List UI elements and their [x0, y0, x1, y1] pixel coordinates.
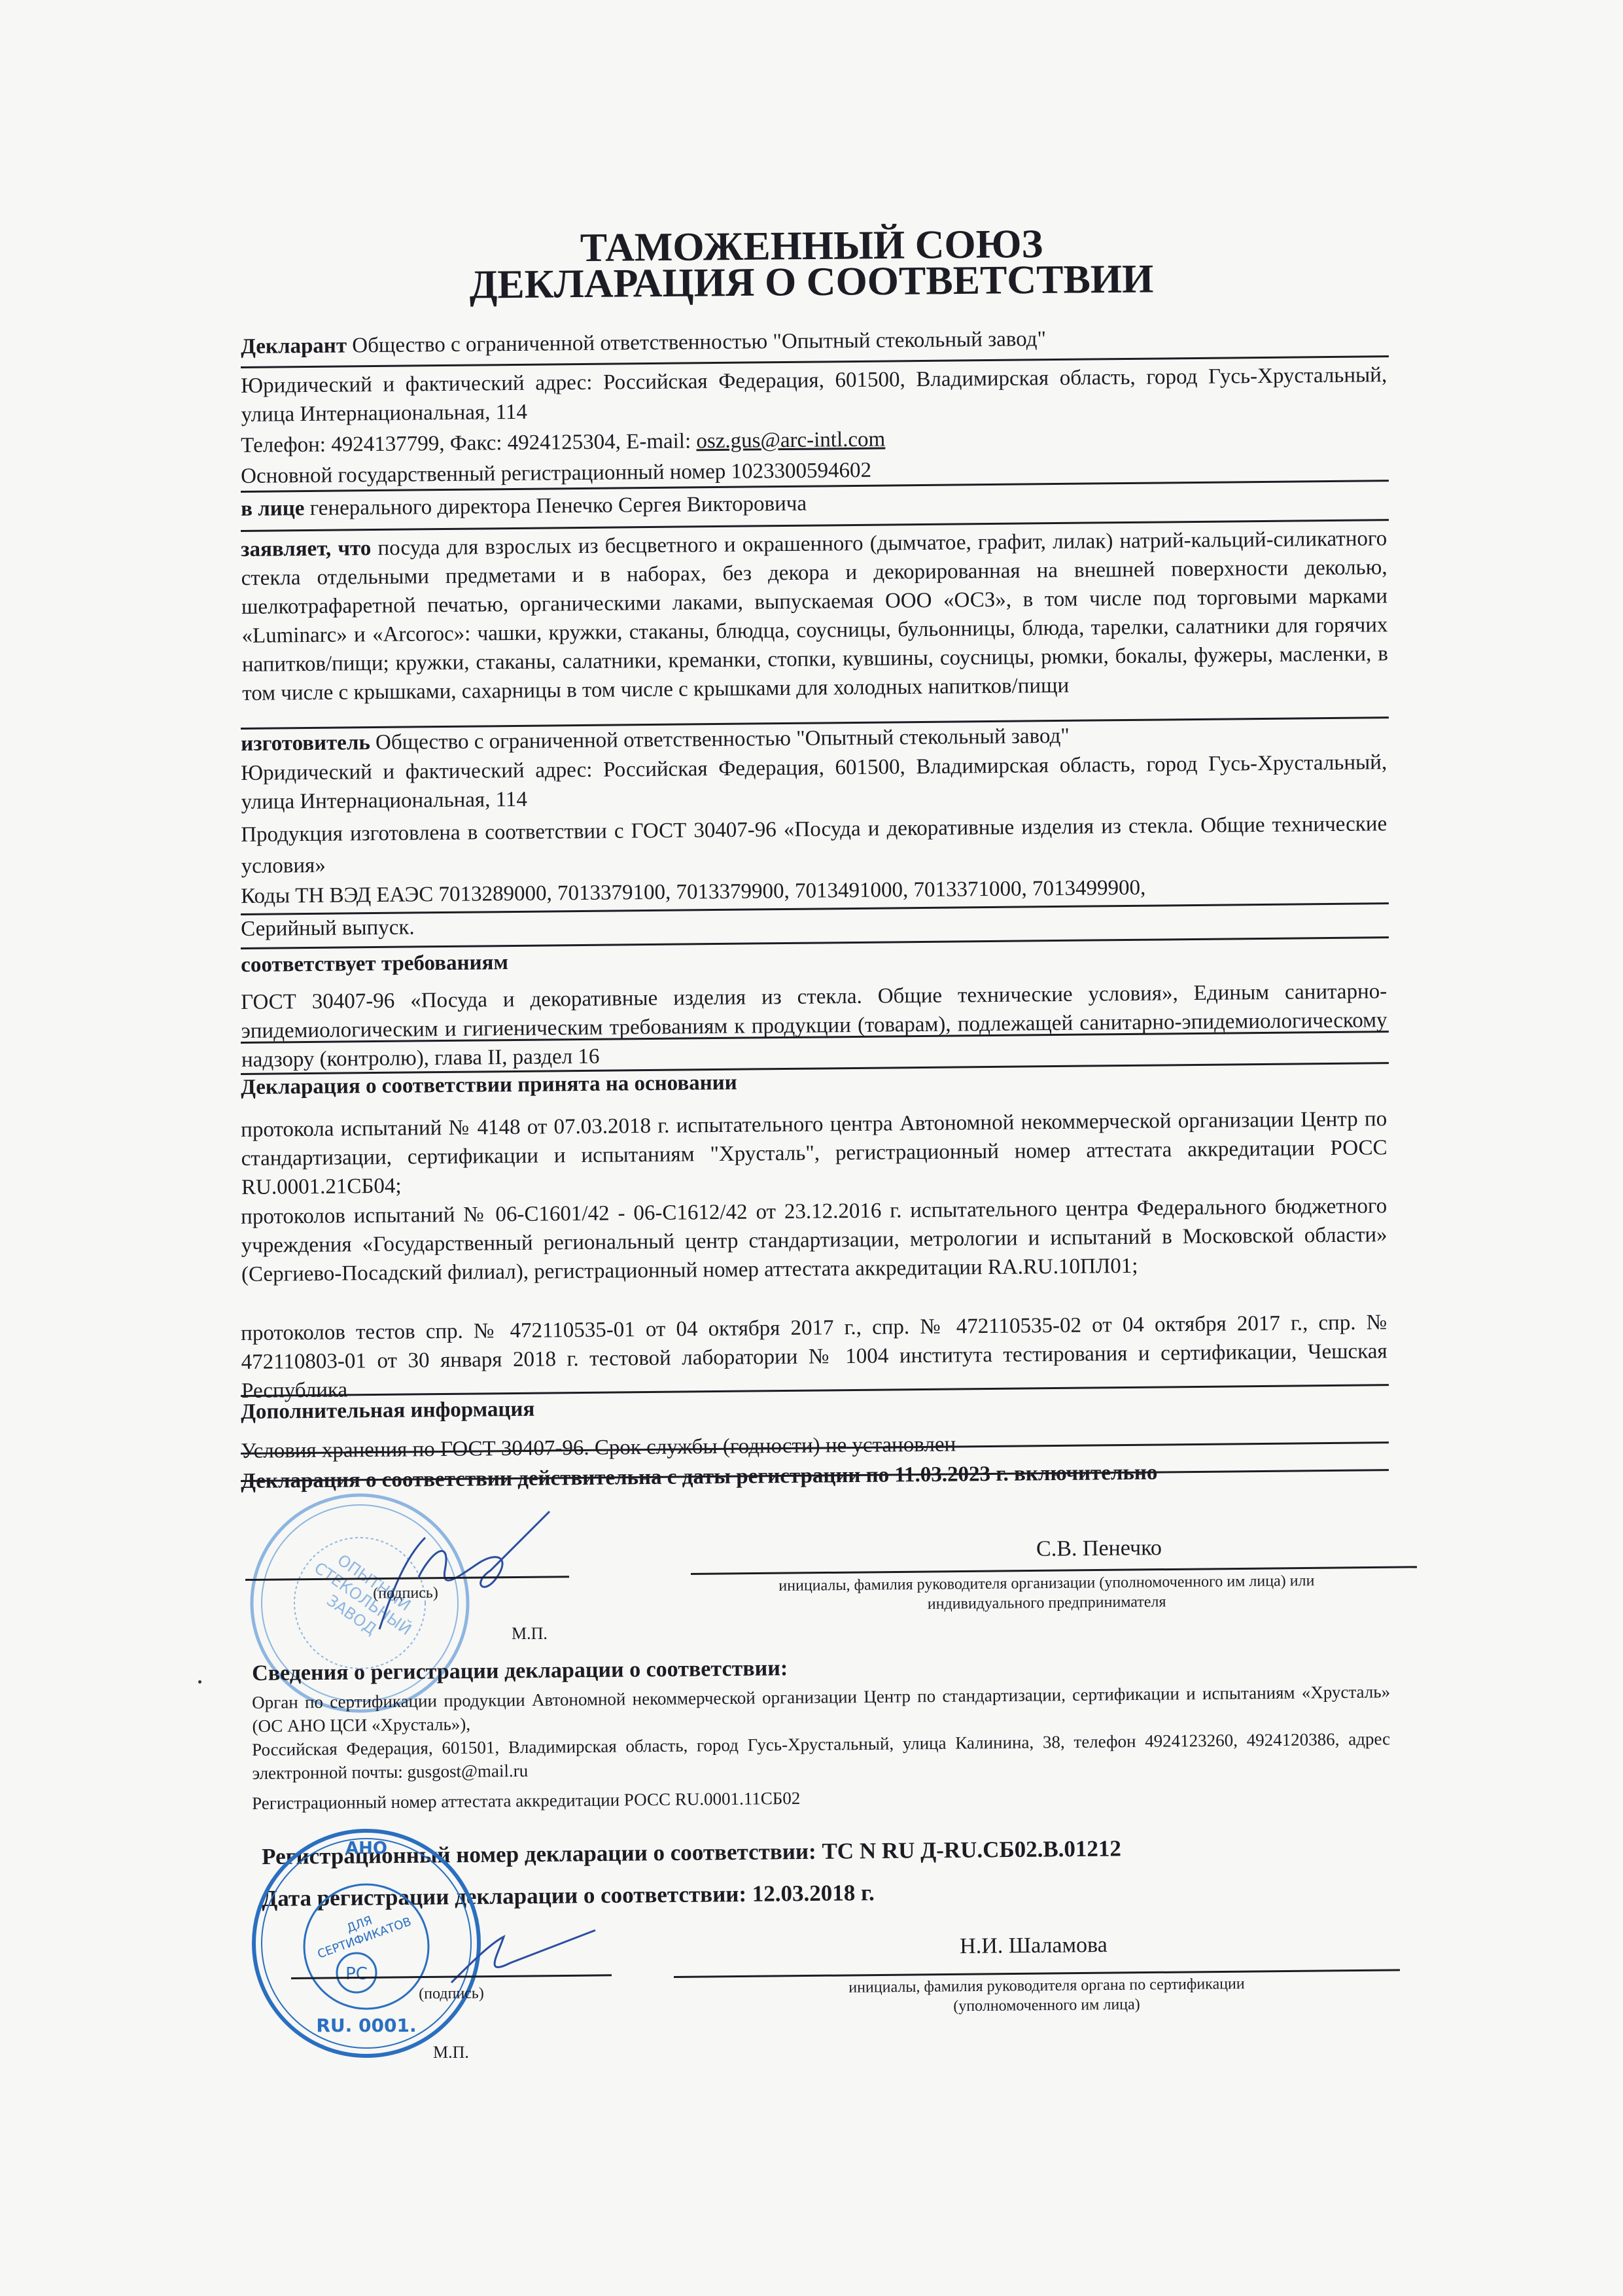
contacts-text: Телефон: 4924137799, Факс: 4924125304, E… [241, 429, 697, 457]
email-link[interactable]: osz.gus@arc-intl.com [696, 428, 885, 453]
declarant-name: Общество с ограниченной ответственностью… [352, 327, 1046, 357]
svg-text:ОПЫТНЫЙ: ОПЫТНЫЙ [334, 1550, 415, 1614]
statement: заявляет, что посуда для взрослых из бес… [241, 524, 1388, 708]
represented-label: в лице [241, 497, 305, 521]
statement-label: заявляет, что [241, 537, 371, 561]
declarant-seal-label: М.П. [512, 1624, 548, 1644]
certifier-signature-icon [445, 1924, 602, 1989]
registration-heading: Сведения о регистрации декларации о соот… [252, 1651, 1390, 1686]
registration-body-3: Регистрационный номер аттестата аккредит… [252, 1780, 1390, 1815]
declarant-address: Юридический и фактический адрес: Российс… [241, 361, 1387, 429]
manufacturer-label: изготовитель [241, 731, 370, 756]
svg-text:ДЛЯ: ДЛЯ [345, 1914, 374, 1935]
certifier-seal-label: М.П. [433, 2043, 469, 2062]
svg-text:RU. 0001.: RU. 0001. [316, 2015, 416, 2036]
statement-text: посуда для взрослых из бесцветного и окр… [241, 527, 1388, 705]
declarant-signer-name: С.В. Пенечко [903, 1534, 1295, 1563]
declarant-label: Декларант [241, 334, 347, 359]
compliance-text: ГОСТ 30407-96 «Посуда и декоративные изд… [241, 977, 1387, 1074]
declarant-signature-caption: (подпись) [340, 1583, 471, 1604]
manufacturer-address: Юридический и фактический адрес: Российс… [241, 748, 1387, 817]
declarant-signature-line [245, 1576, 569, 1581]
certifier-signature-line [291, 1974, 612, 1979]
declarant-line: Декларант Общество с ограниченной ответс… [241, 321, 1387, 361]
manufacturer-name: Общество с ограниченной ответственностью… [375, 724, 1070, 754]
declarant-name-caption: инициалы, фамилия руководителя организац… [720, 1570, 1374, 1616]
represented-by: генерального директора Пенечко Сергея Ви… [310, 492, 807, 520]
basis-protocol-2: протоколов испытаний № 06-С1601/42 - 06-… [241, 1192, 1387, 1289]
registration-body-2: Российская Федерация, 601501, Владимирск… [252, 1727, 1391, 1785]
certifier-signer-name: Н.И. Шаламова [837, 1932, 1230, 1960]
registration-date: Дата регистрации декларации о соответств… [262, 1880, 875, 1912]
manufacturer-standard: Продукция изготовлена в соответствии с Г… [241, 808, 1387, 882]
scan-speck [198, 1680, 201, 1684]
basis-protocol-1: протокола испытаний № 4148 от 07.03.2018… [241, 1104, 1387, 1202]
declarant-signature-icon [353, 1498, 563, 1636]
certifier-signature-caption: (подпись) [379, 1983, 523, 2004]
registration-number: Регистрационный номер декларации о соотв… [262, 1835, 1121, 1870]
svg-text:СЕРТИФИКАТОВ: СЕРТИФИКАТОВ [316, 1915, 413, 1961]
svg-text:РС: РС [345, 1964, 368, 1984]
declaration-page: ТАМОЖЕННЫЙ СОЮЗ ДЕКЛАРАЦИЯ О СООТВЕТСТВИ… [0, 0, 1623, 2296]
